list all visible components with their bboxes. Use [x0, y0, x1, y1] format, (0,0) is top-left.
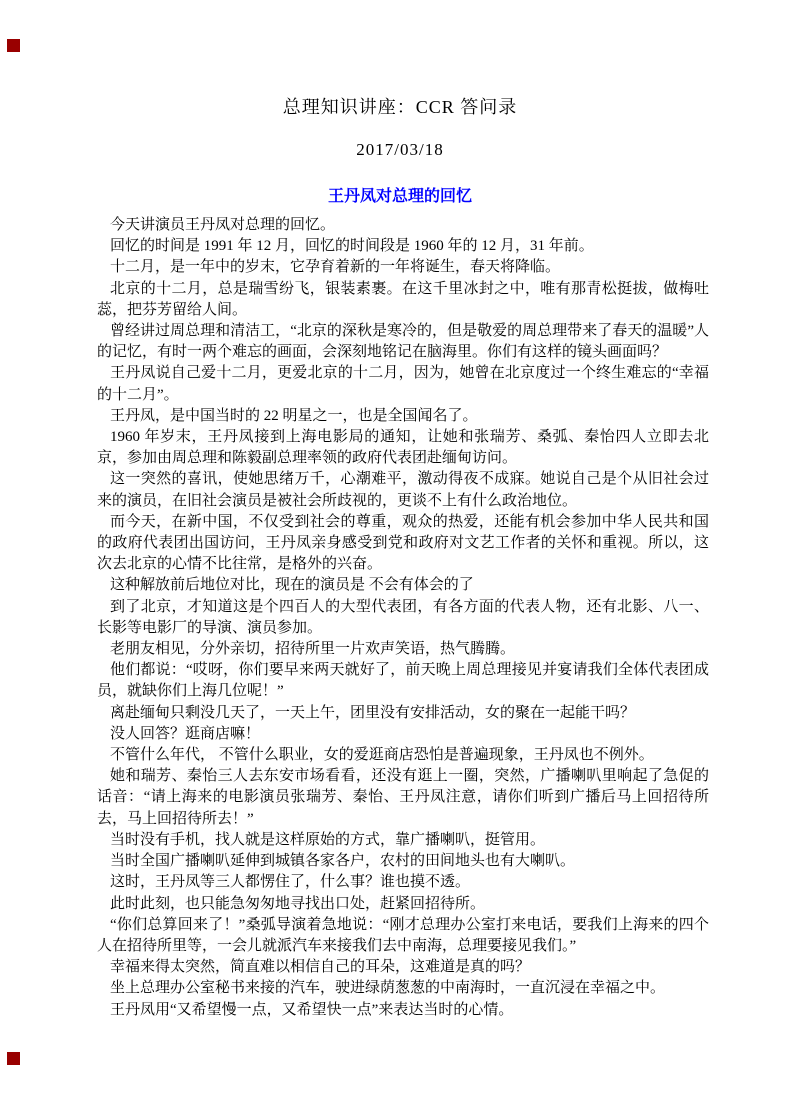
paragraph: 这种解放前后地位对比，现在的演员是 不会有体会的了: [97, 575, 709, 596]
section-heading: 王丹凤对总理的回忆: [0, 187, 800, 206]
paragraph: 北京的十二月，总是瑞雪纷飞，银装素裹。在这千里冰封之中，唯有那青松挺拔，做梅吐蕊…: [97, 279, 709, 321]
paragraph: 而今天，在新中国，不仅受到社会的尊重，观众的热爱，还能有机会参加中华人民共和国的…: [97, 512, 709, 576]
paragraph: 到了北京，才知道这是个四百人的大型代表团，有各方面的代表人物，还有北影、八一、长…: [97, 597, 709, 639]
paragraph: 他们都说：“哎呀，你们要早来两天就好了，前天晚上周总理接见并宴请我们全体代表团成…: [97, 660, 709, 702]
paragraph: 坐上总理办公室秘书来接的汽车，驶进绿荫葱葱的中南海时，一直沉浸在幸福之中。: [97, 978, 709, 999]
paragraph: 这一突然的喜讯，使她思绪万千，心潮难平，激动得夜不成寐。她说自己是个从旧社会过来…: [97, 469, 709, 511]
paragraph: 老朋友相见，分外亲切，招待所里一片欢声笑语，热气腾腾。: [97, 639, 709, 660]
article-body: 今天讲演员王丹凤对总理的回忆。回忆的时间是 1991 年 12 月，回忆的时间段…: [97, 215, 709, 1021]
paragraph: 没人回答？逛商店嘛！: [97, 724, 709, 745]
paragraph: 不管什么年代， 不管什么职业，女的爱逛商店恐怕是普遍现象，王丹凤也不例外。: [97, 745, 709, 766]
corner-marker-bottom: [7, 1052, 20, 1065]
paragraph: 曾经讲过周总理和清洁工，“北京的深秋是寒冷的，但是敬爱的周总理带来了春天的温暖”…: [97, 321, 709, 363]
paragraph: “你们总算回来了！”桑弧导演着急地说：“刚才总理办公室打来电话，要我们上海来的四…: [97, 915, 709, 957]
document-date: 2017/03/18: [0, 140, 800, 160]
document-title: 总理知识讲座：CCR 答问录: [0, 0, 800, 119]
paragraph: 十二月，是一年中的岁末，它孕育着新的一年将诞生，春天将降临。: [97, 257, 709, 278]
paragraph: 她和瑞芳、秦怡三人去东安市场看看，还没有逛上一圈，突然，广播喇叭里响起了急促的话…: [97, 766, 709, 830]
paragraph: 此时此刻，也只能急匆匆地寻找出口处，赶紧回招待所。: [97, 894, 709, 915]
paragraph: 1960 年岁末，王丹凤接到上海电影局的通知，让她和张瑞芳、桑弧、秦怡四人立即去…: [97, 427, 709, 469]
paragraph: 这时，王丹凤等三人都愣住了，什么事？谁也摸不透。: [97, 872, 709, 893]
paragraph: 离赴缅甸只剩没几天了，一天上午，团里没有安排活动，女的聚在一起能干吗？: [97, 703, 709, 724]
corner-marker-top: [7, 39, 20, 52]
paragraph: 当时全国广播喇叭延伸到城镇各家各户，农村的田间地头也有大喇叭。: [97, 851, 709, 872]
paragraph: 王丹凤说自己爱十二月，更爱北京的十二月，因为，她曾在北京度过一个终生难忘的“幸福…: [97, 363, 709, 405]
document-page: 总理知识讲座：CCR 答问录 2017/03/18 王丹凤对总理的回忆 今天讲演…: [0, 0, 800, 1100]
paragraph: 王丹凤，是中国当时的 22 明星之一，也是全国闻名了。: [97, 406, 709, 427]
paragraph: 回忆的时间是 1991 年 12 月，回忆的时间段是 1960 年的 12 月，…: [97, 236, 709, 257]
paragraph: 今天讲演员王丹凤对总理的回忆。: [97, 215, 709, 236]
paragraph: 当时没有手机，找人就是这样原始的方式，靠广播喇叭，挺管用。: [97, 830, 709, 851]
paragraph: 幸福来得太突然，简直难以相信自己的耳朵，这难道是真的吗？: [97, 957, 709, 978]
paragraph: 王丹凤用“又希望慢一点，又希望快一点”来表达当时的心情。: [97, 1000, 709, 1021]
